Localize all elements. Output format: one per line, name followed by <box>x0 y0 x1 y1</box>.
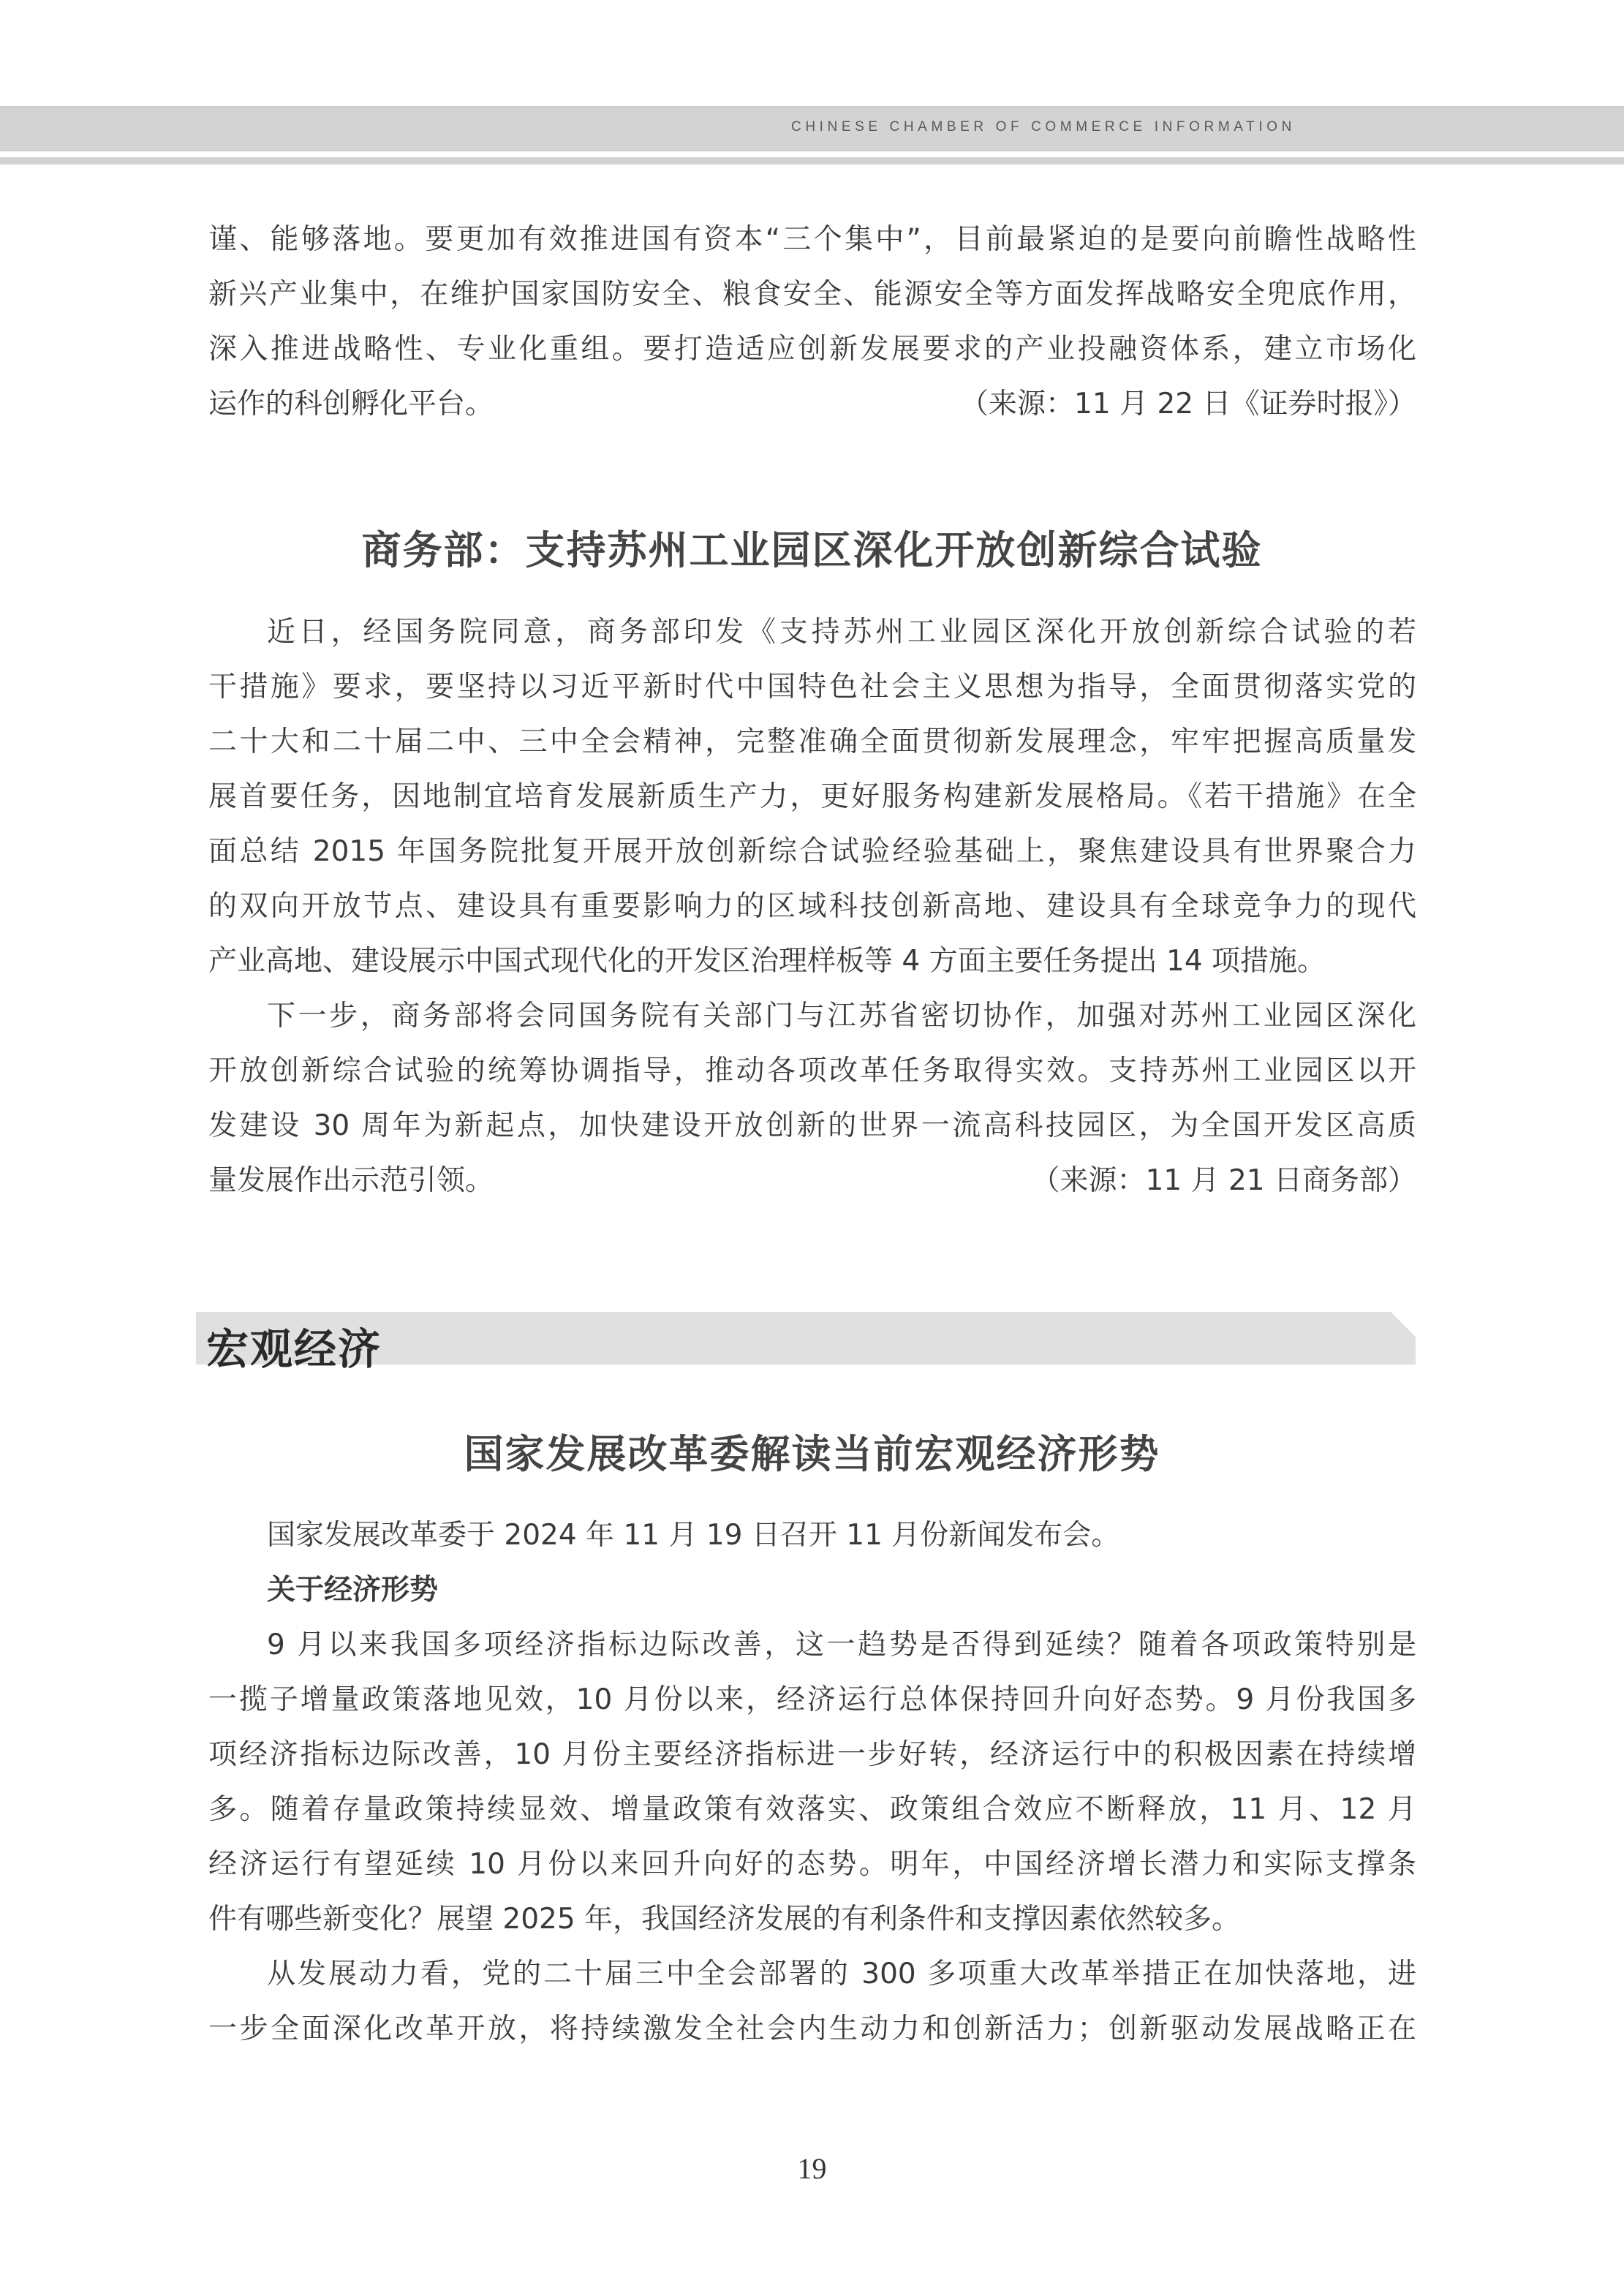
body-line: 件有哪些新变化？展望 2025 年，我国经济发展的有利条件和支撑因素依然较多。 <box>208 1892 1416 1947</box>
body-line: 一步全面深化改革开放，将持续激发全社会内生动力和创新活力；创新驱动发展战略正在 <box>208 2001 1416 2056</box>
article-body: 近日，经国务院同意，商务部印发《支持苏州工业园区深化开放创新综合试验的若 干措施… <box>208 605 1416 1208</box>
section-title: 宏观经济 <box>206 1315 382 1376</box>
body-line: 开放创新综合试验的统筹协调指导，推动各项改革任务取得实效。支持苏州工业园区以开 <box>208 1043 1416 1098</box>
body-line: 产业高地、建设展示中国式现代化的开发区治理样板等 4 方面主要任务提出 14 项… <box>208 934 1416 989</box>
body-line: 量发展作出示范引领。 <box>208 1153 494 1208</box>
body-line: 谨、能够落地。要更加有效推进国有资本“三个集中”，目前最紧迫的是要向前瞻性战略性 <box>208 212 1416 267</box>
body-line-with-source: 量发展作出示范引领。 （来源：11 月 21 日商务部） <box>208 1153 1416 1208</box>
article-continued: 谨、能够落地。要更加有效推进国有资本“三个集中”，目前最紧迫的是要向前瞻性战略性… <box>208 212 1416 431</box>
body-line: 深入推进战略性、专业化重组。要打造适应创新发展要求的产业投融资体系，建立市场化 <box>208 322 1416 377</box>
page-number: 19 <box>0 2151 1624 2186</box>
article-title: 商务部：支持苏州工业园区深化开放创新综合试验 <box>0 519 1624 575</box>
subheading: 关于经济形势 <box>208 1563 1416 1618</box>
source-citation: （来源：11 月 21 日商务部） <box>1032 1153 1416 1208</box>
intro-line: 国家发展改革委于 2024 年 11 月 19 日召开 11 月份新闻发布会。 <box>208 1508 1416 1563</box>
body-line: 新兴产业集中，在维护国家国防安全、粮食安全、能源安全等方面发挥战略安全兜底作用， <box>208 267 1416 322</box>
body-line: 二十大和二十届二中、三中全会精神，完整准确全面贯彻新发展理念，牢牢把握高质量发 <box>208 714 1416 769</box>
body-line: 从发展动力看，党的二十届三中全会部署的 300 多项重大改革举措正在加快落地，进 <box>208 1947 1416 2001</box>
body-line: 下一步，商务部将会同国务院有关部门与江苏省密切协作，加强对苏州工业园区深化 <box>208 989 1416 1043</box>
body-line-with-source: 运作的科创孵化平台。 （来源：11 月 22 日《证券时报》） <box>208 377 1416 431</box>
body-line: 经济运行有望延续 10 月份以来回升向好的态势。明年，中国经济增长潜力和实际支撑… <box>208 1837 1416 1892</box>
body-line: 面总结 2015 年国务院批复开展开放创新综合试验经验基础上，聚焦建设具有世界聚… <box>208 824 1416 879</box>
body-line: 项经济指标边际改善，10 月份主要经济指标进一步好转，经济运行中的积极因素在持续… <box>208 1727 1416 1782</box>
publication-name: CHINESE CHAMBER OF COMMERCE INFORMATION <box>791 119 1296 135</box>
body-line: 发建设 30 周年为新起点，加快建设开放创新的世界一流高科技园区，为全国开发区高… <box>208 1098 1416 1153</box>
body-line: 9 月以来我国多项经济指标边际改善，这一趋势是否得到延续？随着各项政策特别是 <box>208 1618 1416 1672</box>
body-line: 干措施》要求，要坚持以习近平新时代中国特色社会主义思想为指导，全面贯彻落实党的 <box>208 660 1416 714</box>
body-line: 一揽子增量政策落地见效，10 月份以来，经济运行总体保持回升向好态势。9 月份我… <box>208 1672 1416 1727</box>
body-line: 的双向开放节点、建设具有重要影响力的区域科技创新高地、建设具有全球竞争力的现代 <box>208 879 1416 934</box>
body-line: 近日，经国务院同意，商务部印发《支持苏州工业园区深化开放创新综合试验的若 <box>208 605 1416 660</box>
article-title: 国家发展改革委解读当前宏观经济形势 <box>0 1423 1624 1479</box>
source-citation: （来源：11 月 22 日《证券时报》） <box>960 377 1416 431</box>
body-line: 运作的科创孵化平台。 <box>208 377 494 431</box>
header-divider <box>0 157 1624 165</box>
article-body: 国家发展改革委于 2024 年 11 月 19 日召开 11 月份新闻发布会。 … <box>208 1508 1416 2056</box>
body-line: 展首要任务，因地制宜培育发展新质生产力，更好服务构建新发展格局。《若干措施》在全 <box>208 769 1416 824</box>
body-line: 多。随着存量政策持续显效、增量政策有效落实、政策组合效应不断释放，11 月、12… <box>208 1782 1416 1837</box>
